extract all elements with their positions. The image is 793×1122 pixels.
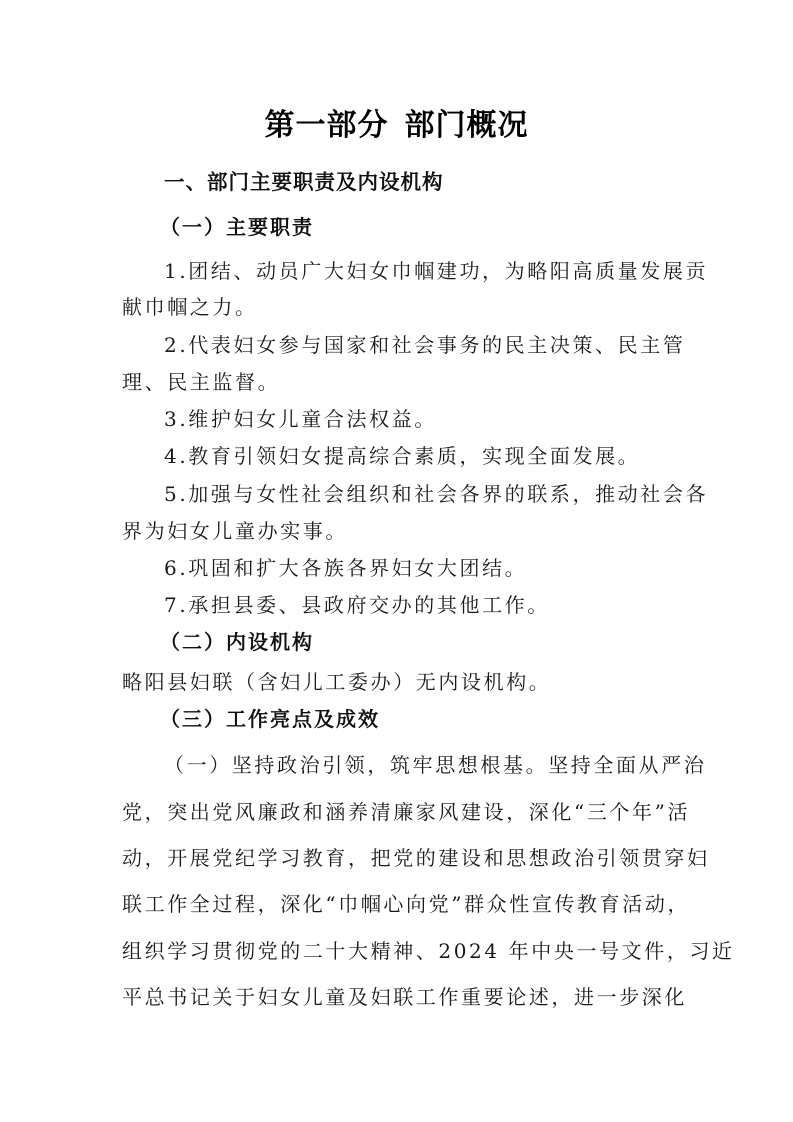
duty-4: 4.教育引领妇女提高综合素质，实现全面发展。 (164, 441, 716, 471)
highlight-line-5: 组织学习贯彻党的二十大精神、2024 年中央一号文件，习近 (122, 936, 674, 966)
duty-1-line-1: 1.团结、动员广大妇女巾帼建功，为略阳高质量发展贡 (164, 256, 674, 286)
title-part: 第一部分 (265, 108, 389, 143)
page-title: 第一部分部门概况 (0, 106, 793, 146)
duty-1-line-2: 献巾帼之力。 (122, 292, 674, 322)
highlight-line-4: 联工作全过程，深化“巾帼心向党”群众性宣传教育活动， (122, 889, 674, 919)
duty-7: 7.承担县委、县政府交办的其他工作。 (164, 590, 716, 620)
section-heading-duties-and-structure: 一、部门主要职责及内设机构 (164, 167, 444, 197)
title-section: 部门概况 (405, 108, 529, 143)
internal-structure-body: 略阳县妇联（含妇儿工委办）无内设机构。 (122, 667, 674, 697)
highlight-line-1: （一）坚持政治引领，筑牢思想根基。坚持全面从严治 (164, 750, 674, 780)
duty-2-line-1: 2.代表妇女参与国家和社会事务的民主决策、民主管 (164, 330, 674, 360)
document-page: 第一部分部门概况 一、部门主要职责及内设机构 （一）主要职责 1.团结、动员广大… (0, 0, 793, 1122)
duty-5-line-1: 5.加强与女性社会组织和社会各界的联系，推动社会各 (164, 479, 674, 509)
duty-3: 3.维护妇女儿童合法权益。 (164, 404, 716, 434)
highlight-line-6: 平总书记关于妇女儿童及妇联工作重要论述，进一步深化 (122, 982, 674, 1012)
duty-5-line-2: 界为妇女儿童办实事。 (122, 516, 674, 546)
duty-6: 6.巩固和扩大各族各界妇女大团结。 (164, 553, 716, 583)
subheading-main-duties: （一）主要职责 (160, 212, 314, 242)
subheading-highlights: （三）工作亮点及成效 (160, 704, 380, 734)
highlight-line-3: 动，开展党纪学习教育，把党的建设和思想政治引领贯穿妇 (122, 843, 674, 873)
subheading-internal-structure: （二）内设机构 (160, 627, 314, 657)
duty-2-line-2: 理、民主监督。 (122, 367, 674, 397)
highlight-line-2: 党，突出党风廉政和涵养清廉家风建设，深化“三个年”活 (122, 797, 674, 827)
